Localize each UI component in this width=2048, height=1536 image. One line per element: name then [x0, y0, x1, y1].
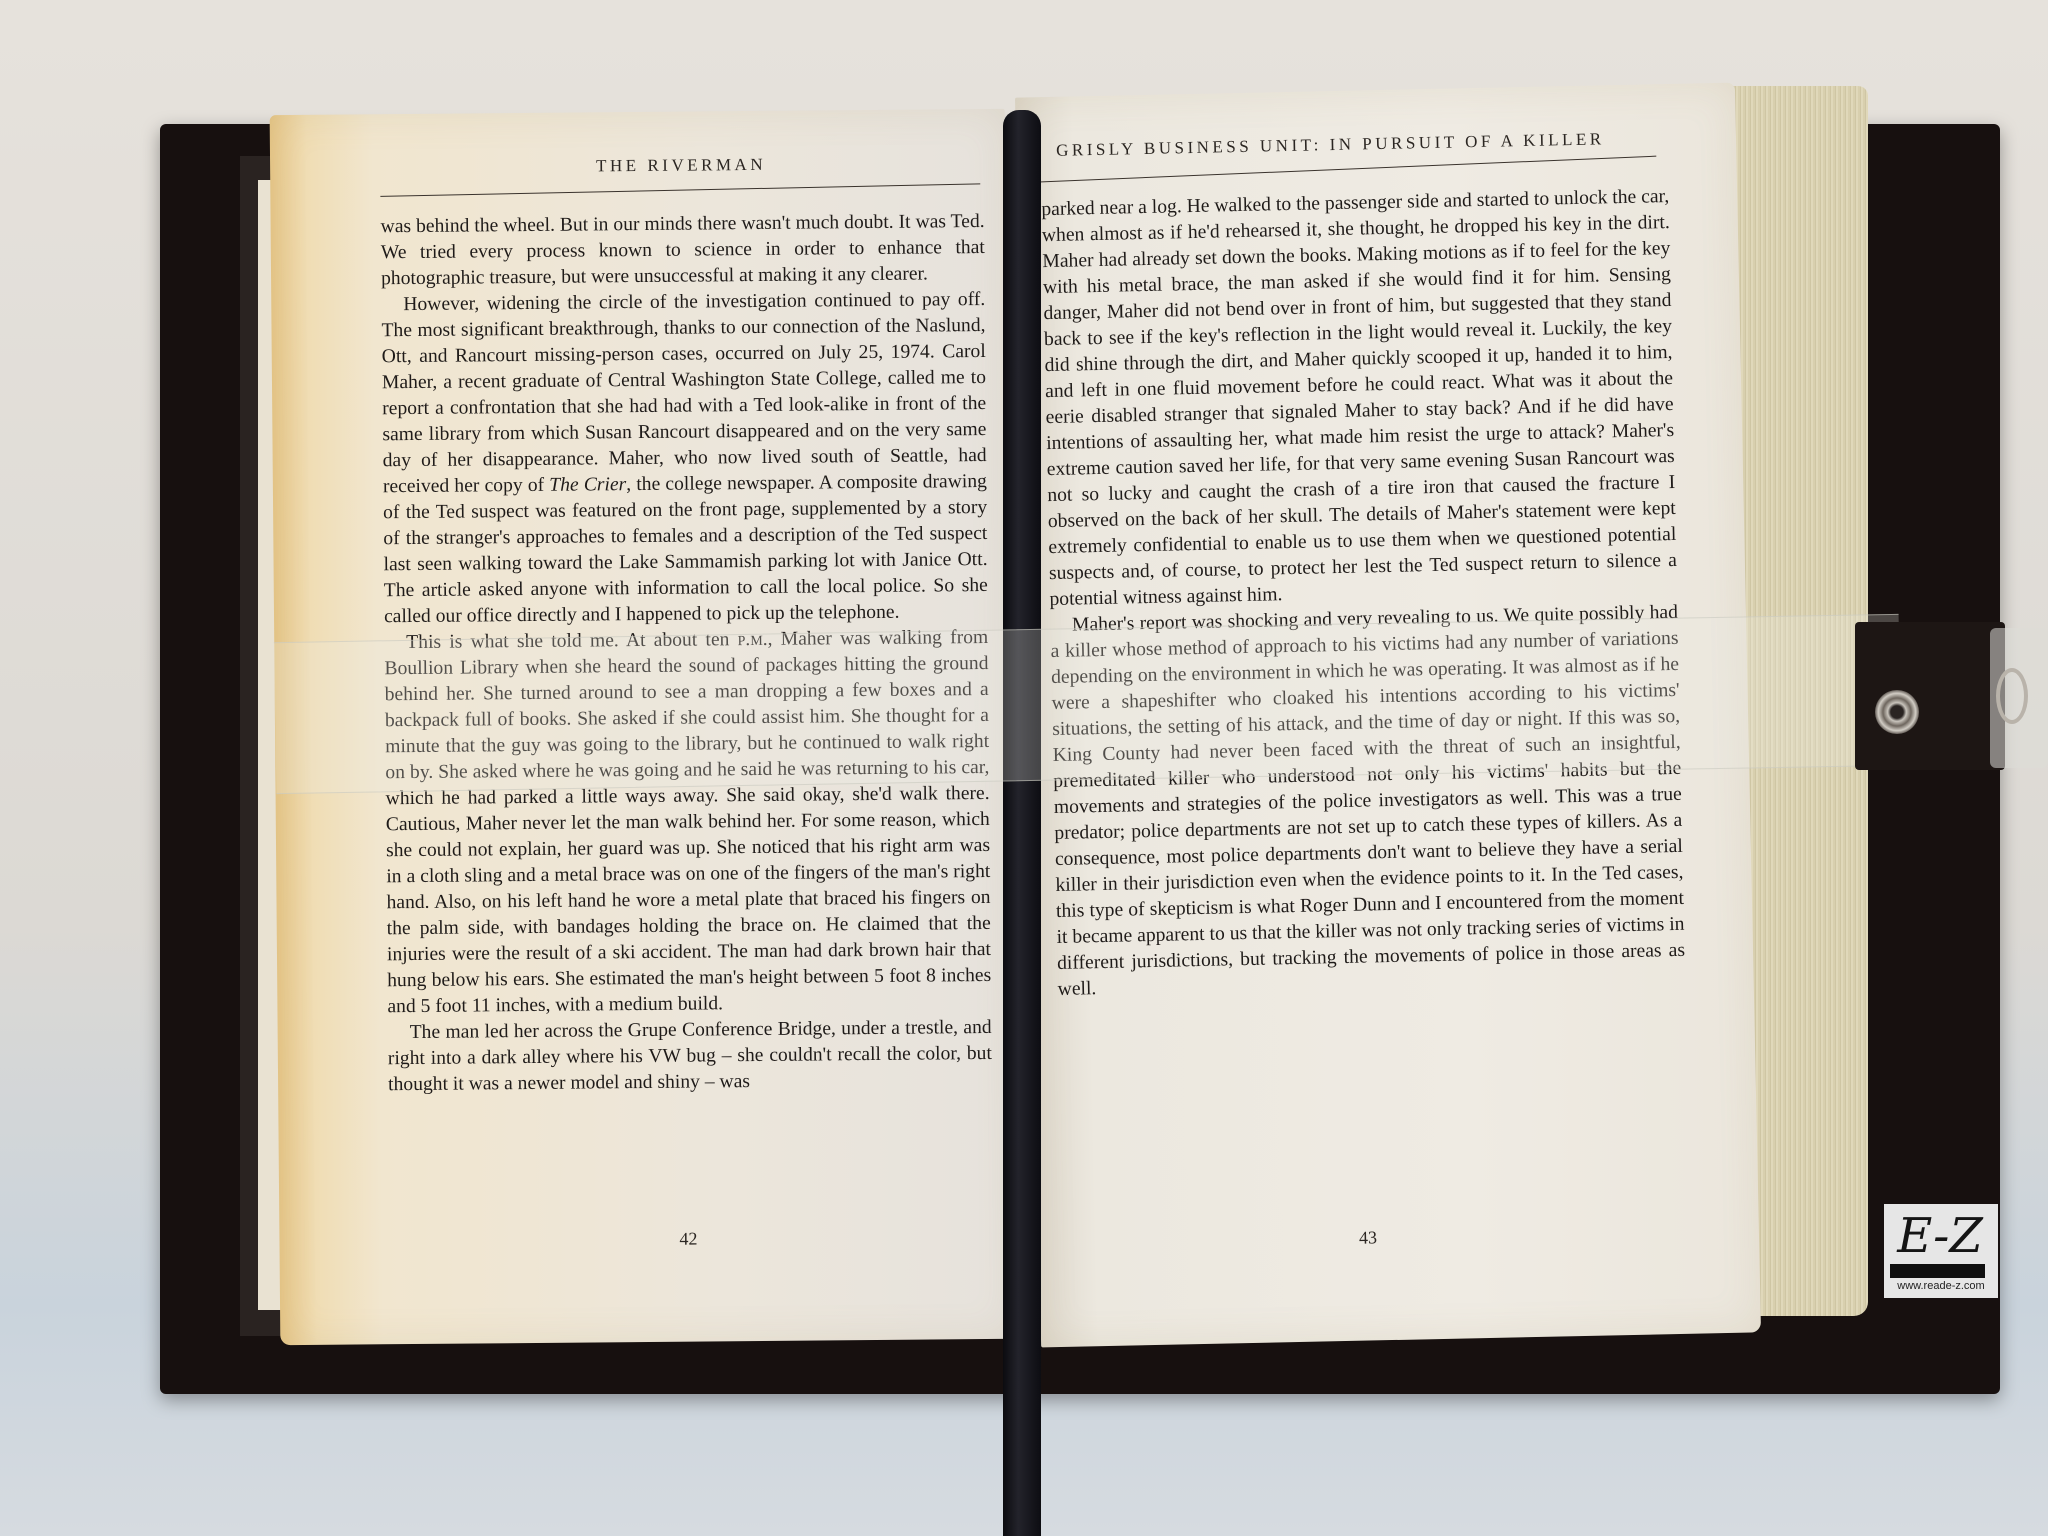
left-page: THE RIVERMAN was behind the wheel. But i…	[270, 109, 1016, 1345]
running-head-right: GRISLY BUSINESS UNIT: IN PURSUIT OF A KI…	[1056, 129, 1605, 160]
paragraph: However, widening the circle of the inve…	[381, 287, 988, 630]
brand-label: E-Z www.reade-z.com	[1884, 1204, 1998, 1298]
paragraph: parked near a log. He walked to the pass…	[1041, 184, 1678, 613]
snap-ring-icon	[1996, 668, 2028, 724]
page-number-left: 42	[679, 1229, 697, 1250]
clasp-tab[interactable]	[1990, 628, 2048, 768]
time-abbrev: p.m.	[738, 629, 768, 650]
bookmark-ribbon[interactable]	[1003, 110, 1041, 1536]
header-rule	[380, 183, 980, 197]
header-rule	[1027, 156, 1656, 183]
brand-url: www.reade-z.com	[1884, 1280, 1998, 1292]
snap-button-icon[interactable]	[1875, 690, 1919, 734]
logo-underline	[1890, 1264, 1985, 1278]
right-page: GRISLY BUSINESS UNIT: IN PURSUIT OF A KI…	[1015, 83, 1761, 1348]
running-head-left: THE RIVERMAN	[596, 155, 766, 176]
left-page-body: was behind the wheel. But in our minds t…	[381, 209, 993, 1098]
brand-logo: E-Z	[1890, 1210, 1990, 1262]
paragraph: This is what she told me. At about ten p…	[384, 625, 991, 1020]
right-page-body: parked near a log. He walked to the pass…	[1041, 184, 1686, 1003]
italic-title: The Crier	[549, 474, 626, 496]
paragraph: Maher's report was shocking and very rev…	[1050, 600, 1686, 1003]
cover-strap[interactable]	[1855, 622, 2005, 770]
page-number-right: 43	[1359, 1227, 1377, 1248]
paragraph: was behind the wheel. But in our minds t…	[381, 209, 986, 292]
paragraph: The man led her across the Grupe Confere…	[388, 1015, 993, 1098]
